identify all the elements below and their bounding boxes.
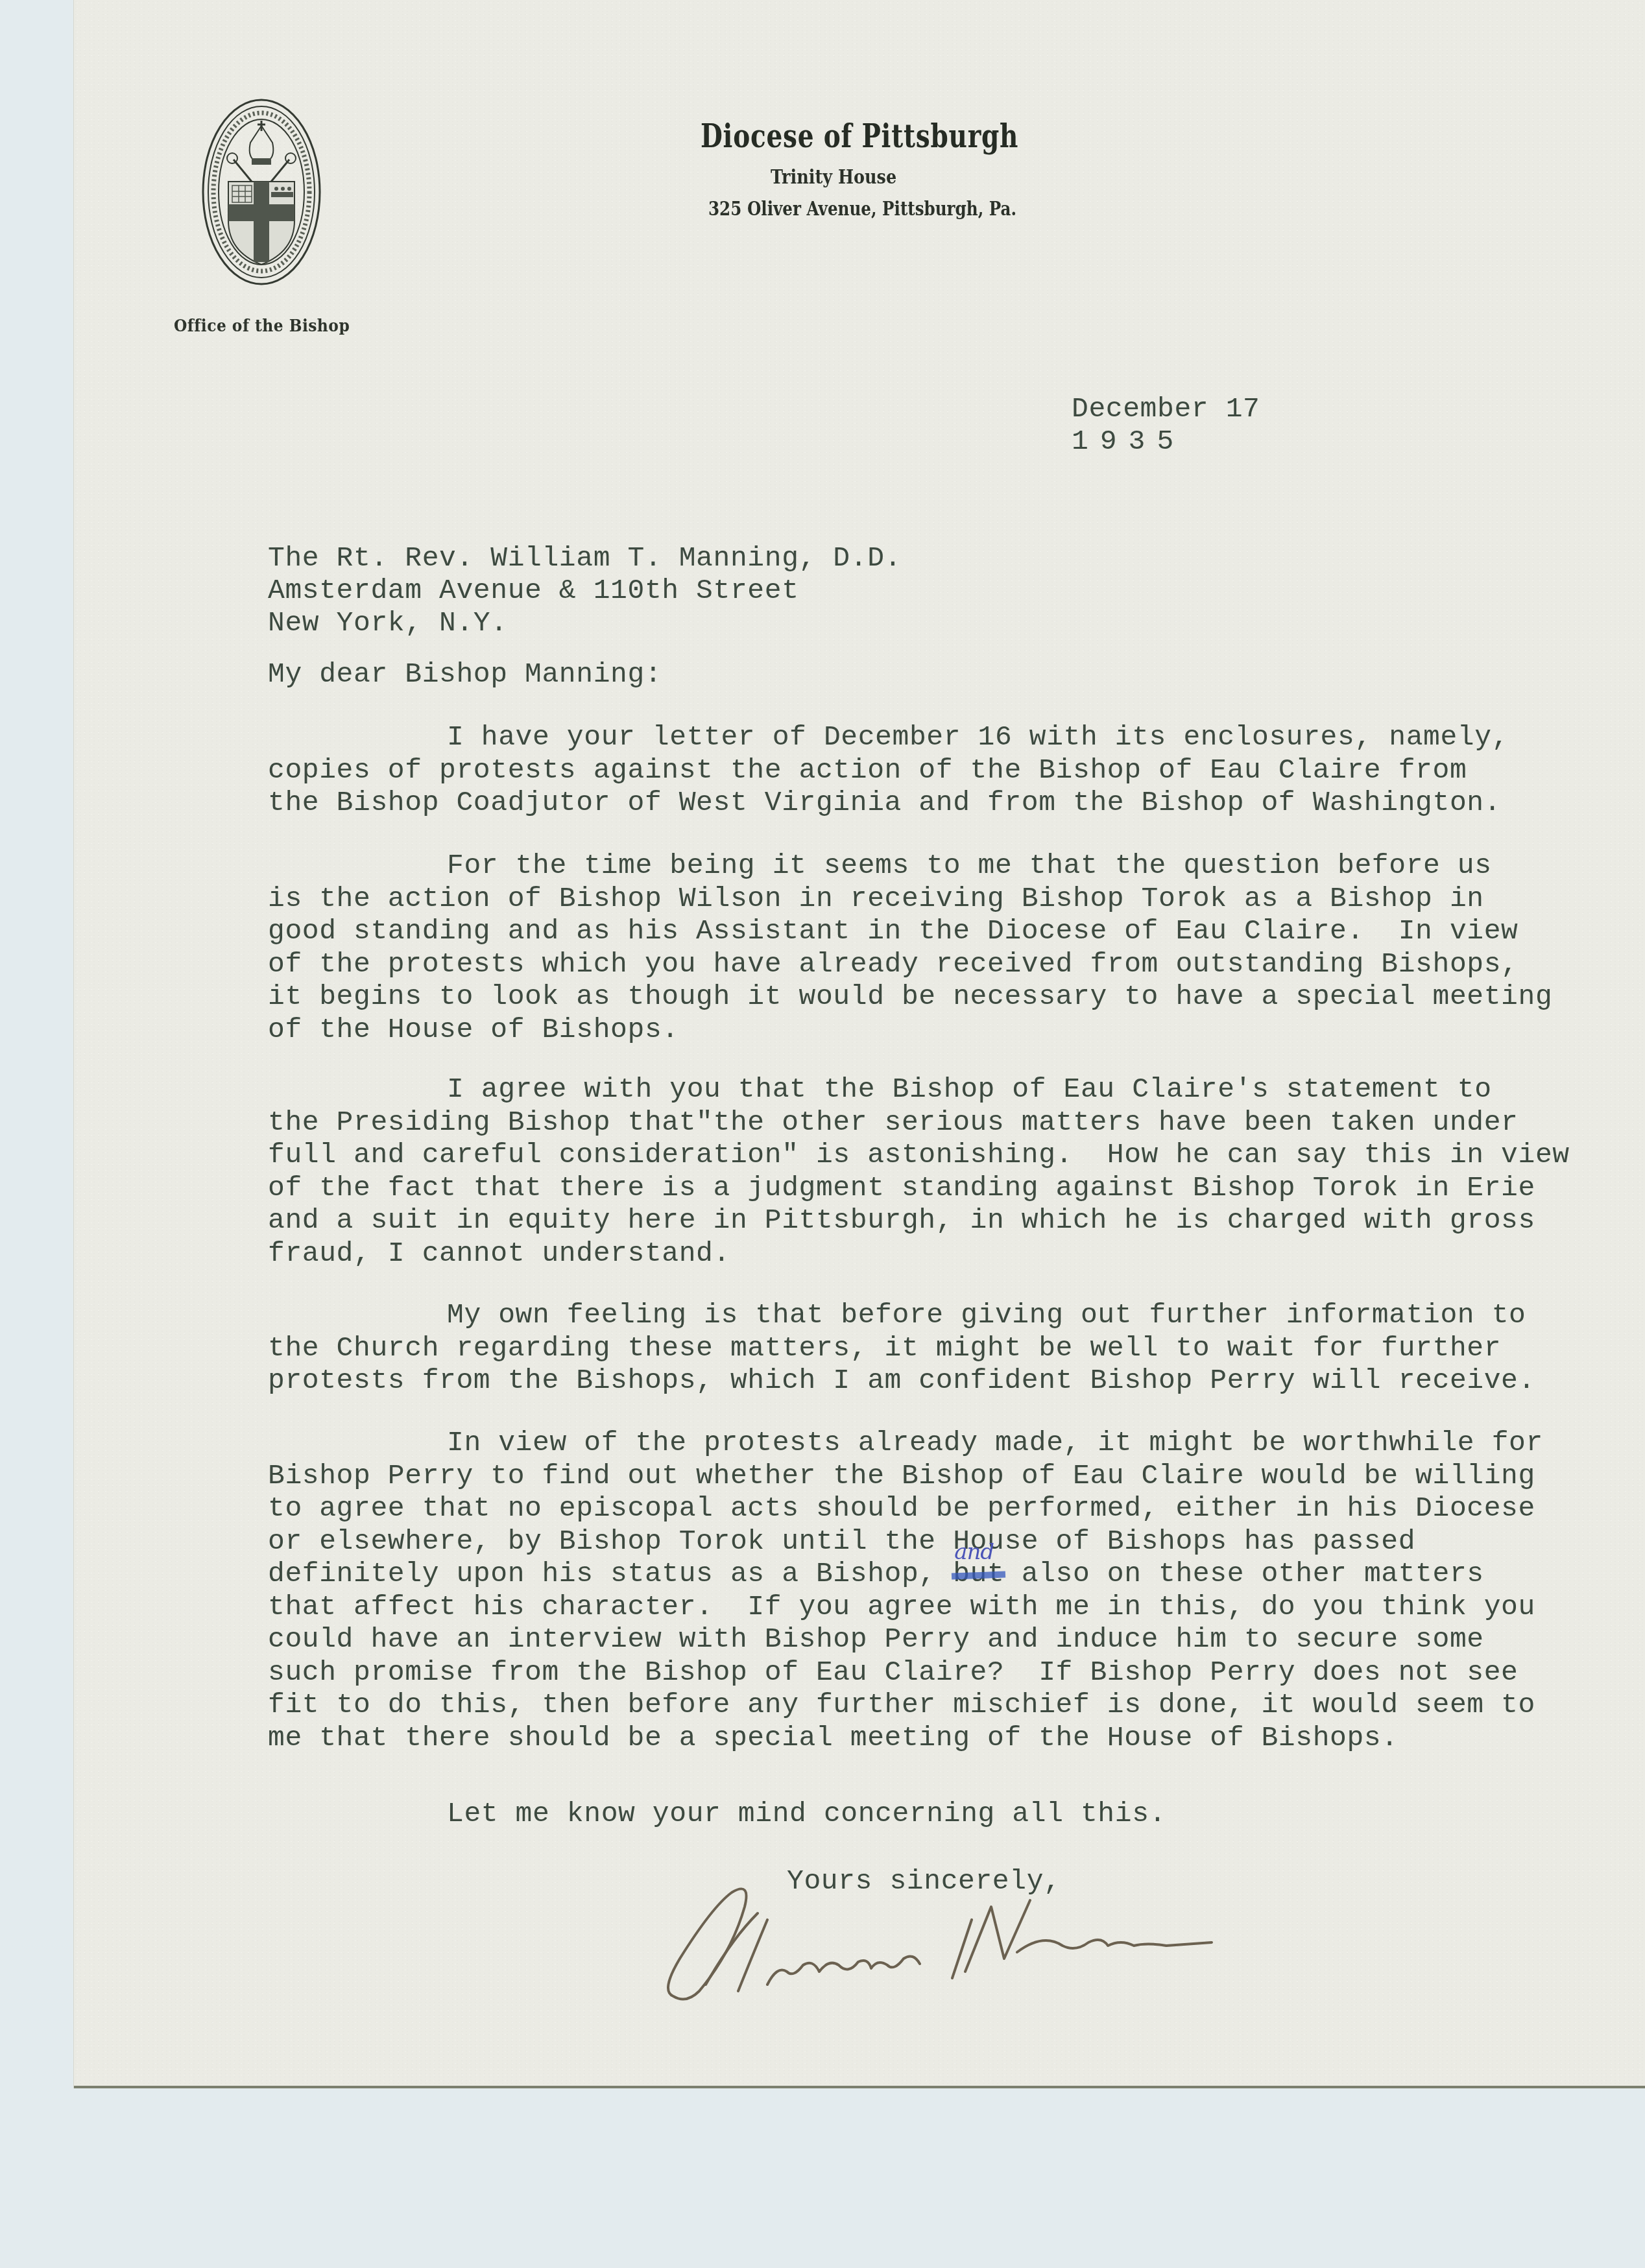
- paragraph-line: the Church regarding these matters, it m…: [268, 1332, 1535, 1365]
- paragraph-line: I have your letter of December 16 with i…: [268, 721, 1509, 754]
- paragraph-line: Let me know your mind concerning all thi…: [268, 1798, 1166, 1831]
- paragraph-line: Bishop Perry to find out whether the Bis…: [268, 1460, 1543, 1493]
- signature-icon: [654, 1881, 1400, 2011]
- recipient-line: Amsterdam Avenue & 110th Street: [268, 575, 902, 607]
- line-text: Let me know your mind concerning all thi…: [447, 1798, 1166, 1830]
- paragraph-line: For the time being it seems to me that t…: [268, 850, 1552, 883]
- paragraph-line: that affect his character. If you agree …: [268, 1591, 1543, 1624]
- letter-year: 1935: [1072, 425, 1185, 458]
- paragraph-line: full and careful consideration" is aston…: [268, 1139, 1570, 1172]
- line-text: In view of the protests already made, it…: [447, 1427, 1543, 1459]
- paragraph-line: copies of protests against the action of…: [268, 754, 1509, 787]
- letterhead-building: Trinity House: [771, 166, 896, 189]
- paragraph-line: is the action of Bishop Wilson in receiv…: [268, 883, 1552, 916]
- line-text: I agree with you that the Bishop of Eau …: [447, 1073, 1492, 1105]
- paragraph-line: the Bishop Coadjutor of West Virginia an…: [268, 787, 1509, 820]
- diocesan-seal-icon: [200, 97, 323, 287]
- line-text: also on these other matters: [1004, 1558, 1483, 1590]
- handwritten-correction: butand: [953, 1558, 1004, 1591]
- paragraph-line: fit to do this, then before any further …: [268, 1689, 1543, 1722]
- letter-date: December 17: [1072, 393, 1260, 425]
- paragraph-line: it begins to look as though it would be …: [268, 981, 1552, 1014]
- paragraph-line: protests from the Bishops, which I am co…: [268, 1365, 1535, 1398]
- line-text: My own feeling is that before giving out…: [447, 1299, 1526, 1331]
- body-paragraph: For the time being it seems to me that t…: [268, 850, 1552, 1046]
- inserted-word: and: [954, 1536, 994, 1569]
- letterhead-address: 325 Oliver Avenue, Pittsburgh, Pa.: [708, 198, 1016, 221]
- line-text: For the time being it seems to me that t…: [447, 850, 1492, 881]
- salutation: My dear Bishop Manning:: [268, 658, 662, 691]
- body-paragraph: I agree with you that the Bishop of Eau …: [268, 1073, 1570, 1270]
- paragraph-line: fraud, I cannot understand.: [268, 1237, 1570, 1271]
- body-paragraph: My own feeling is that before giving out…: [268, 1299, 1535, 1398]
- office-of-the-bishop: Office of the Bishop: [174, 316, 350, 336]
- paragraph-line: could have an interview with Bishop Perr…: [268, 1623, 1543, 1656]
- paragraph-line: and a suit in equity here in Pittsburgh,…: [268, 1204, 1570, 1237]
- recipient-address: The Rt. Rev. William T. Manning, D.D.Ams…: [268, 542, 902, 639]
- paragraph-line: of the fact that there is a judgment sta…: [268, 1172, 1570, 1205]
- line-text: I have your letter of December 16 with i…: [447, 721, 1509, 753]
- paragraph-line: the Presiding Bishop that"the other seri…: [268, 1106, 1570, 1140]
- letterhead-organization: Diocese of Pittsburgh: [701, 117, 1018, 155]
- paragraph-line: me that there should be a special meetin…: [268, 1722, 1543, 1755]
- paragraph-line: such promise from the Bishop of Eau Clai…: [268, 1656, 1543, 1689]
- recipient-line: New York, N.Y.: [268, 607, 902, 639]
- paragraph-line: or elsewhere, by Bishop Torok until the …: [268, 1525, 1543, 1558]
- paragraph-line: My own feeling is that before giving out…: [268, 1299, 1535, 1332]
- paragraph-line: to agree that no episcopal acts should b…: [268, 1492, 1543, 1525]
- line-text: definitely upon his status as a Bishop,: [268, 1558, 953, 1590]
- body-paragraph: I have your letter of December 16 with i…: [268, 721, 1509, 820]
- recipient-line: The Rt. Rev. William T. Manning, D.D.: [268, 542, 902, 575]
- paragraph-line: of the protests which you have already r…: [268, 948, 1552, 981]
- paragraph-line: good standing and as his Assistant in th…: [268, 915, 1552, 948]
- paragraph-line: In view of the protests already made, it…: [268, 1427, 1543, 1460]
- correction-line: definitely upon his status as a Bishop, …: [268, 1558, 1543, 1591]
- body-paragraph: In view of the protests already made, it…: [268, 1427, 1543, 1754]
- paragraph-line: I agree with you that the Bishop of Eau …: [268, 1073, 1570, 1106]
- paragraph-line: of the House of Bishops.: [268, 1014, 1552, 1047]
- body-paragraph: Let me know your mind concerning all thi…: [268, 1798, 1166, 1831]
